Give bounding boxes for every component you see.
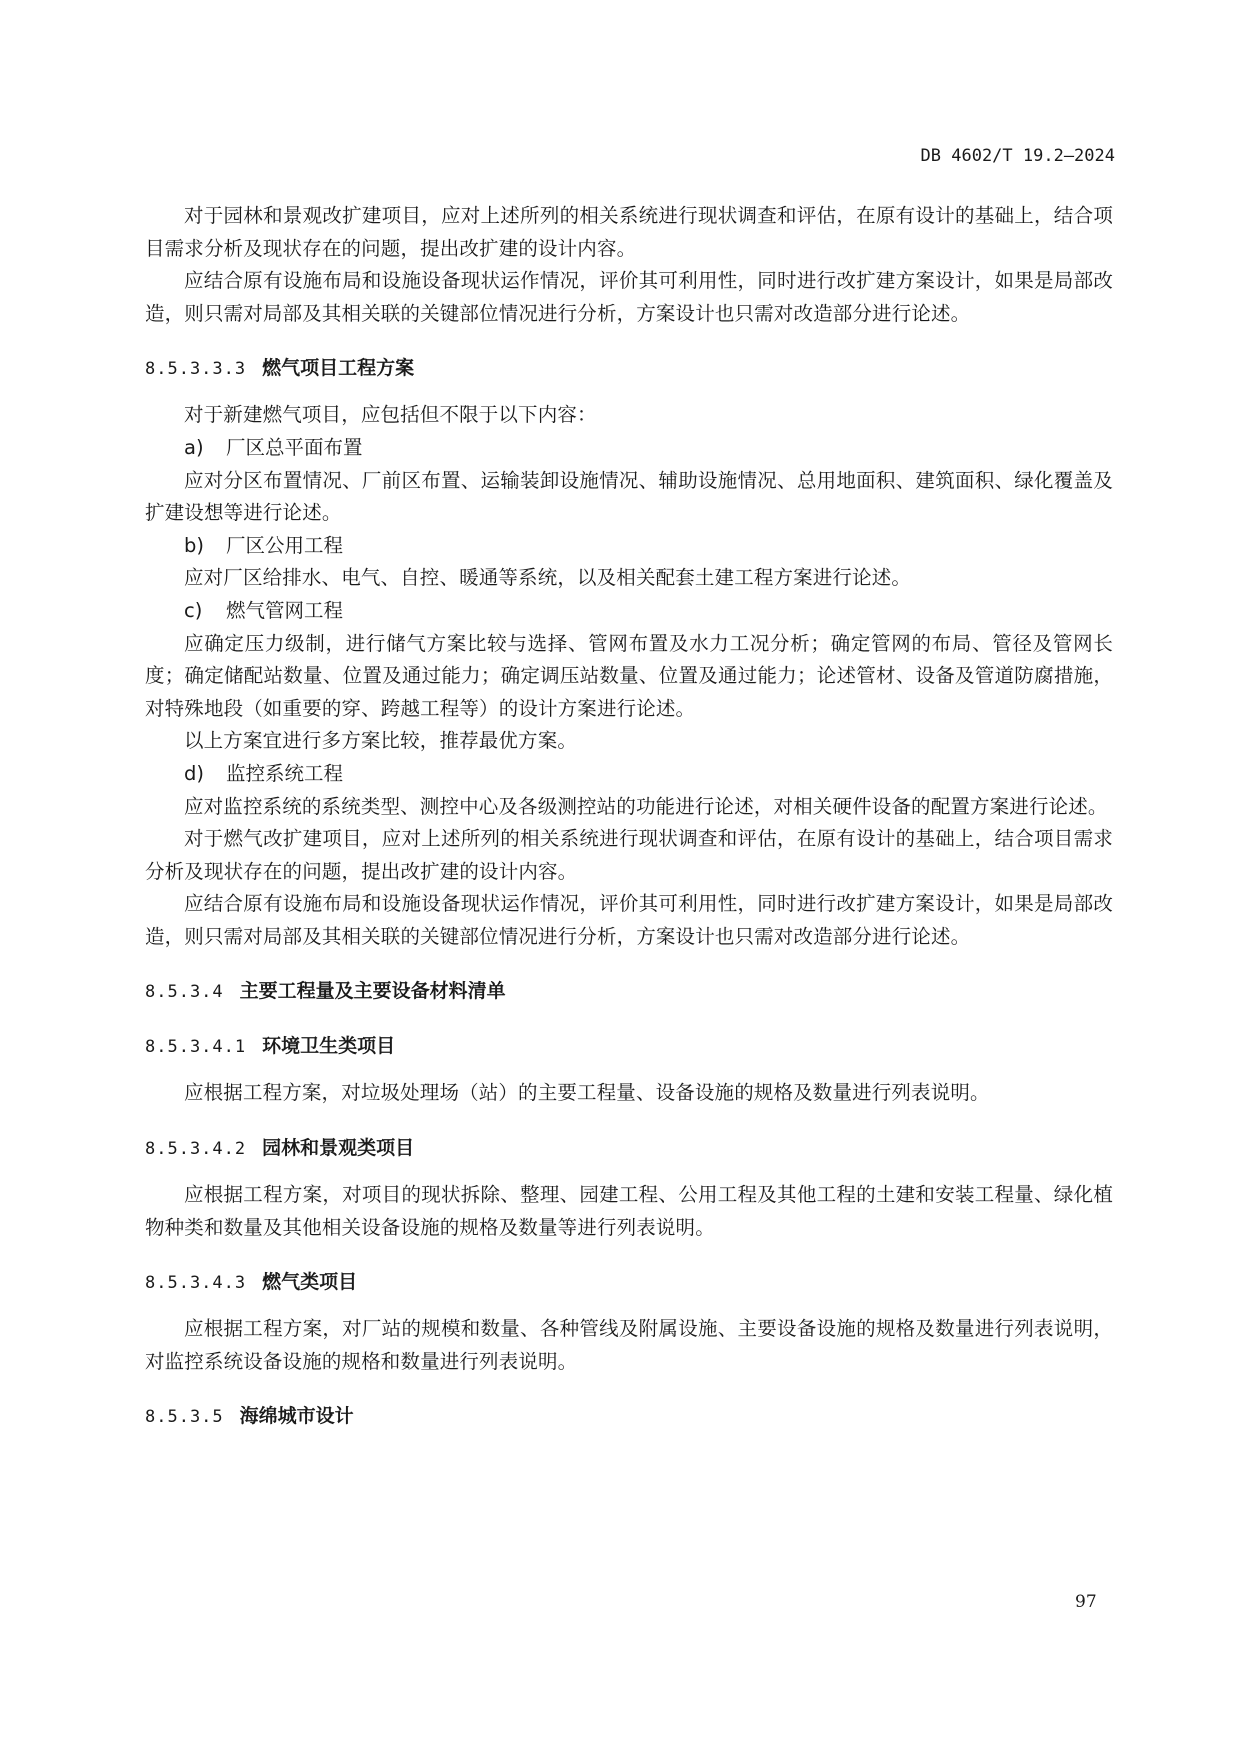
section-number: 8.5.3.3.3 (145, 353, 246, 385)
list-marker: b) (184, 530, 226, 563)
paragraph: 对于燃气改扩建项目，应对上述所列的相关系统进行现状调查和评估，在原有设计的基础上… (145, 823, 1113, 888)
paragraph: 应根据工程方案，对垃圾处理场（站）的主要工程量、设备设施的规格及数量进行列表说明… (145, 1077, 1113, 1110)
list-item-text: 监控系统工程 (226, 762, 343, 785)
list-item-text: 燃气管网工程 (226, 599, 343, 622)
section-heading: 8.5.3.4主要工程量及主要设备材料清单 (145, 975, 1113, 1008)
document-body: 对于园林和景观改扩建项目，应对上述所列的相关系统进行现状调查和评估，在原有设计的… (145, 200, 1113, 1447)
list-item: c)燃气管网工程 (145, 595, 1113, 628)
paragraph: 应对分区布置情况、厂前区布置、运输装卸设施情况、辅助设施情况、总用地面积、建筑面… (145, 465, 1113, 530)
section-heading: 8.5.3.4.3燃气类项目 (145, 1266, 1113, 1299)
section-title: 环境卫生类项目 (262, 1035, 395, 1057)
section-number: 8.5.3.4.1 (145, 1031, 246, 1063)
section-heading: 8.5.3.5海绵城市设计 (145, 1400, 1113, 1433)
paragraph: 应根据工程方案，对厂站的规模和数量、各种管线及附属设施、主要设备设施的规格及数量… (145, 1313, 1113, 1378)
list-item-text: 厂区公用工程 (226, 534, 343, 557)
section-number: 8.5.3.4.2 (145, 1133, 246, 1165)
section-heading: 8.5.3.4.1环境卫生类项目 (145, 1030, 1113, 1063)
section-title: 海绵城市设计 (240, 1405, 354, 1427)
list-item: a)厂区总平面布置 (145, 432, 1113, 465)
list-item: d)监控系统工程 (145, 758, 1113, 791)
section-title: 主要工程量及主要设备材料清单 (240, 980, 506, 1002)
list-marker: d) (184, 758, 226, 791)
list-marker: a) (184, 432, 226, 465)
paragraph: 应对监控系统的系统类型、测控中心及各级测控站的功能进行论述，对相关硬件设备的配置… (145, 791, 1113, 824)
paragraph: 应结合原有设施布局和设施设备现状运作情况，评价其可利用性，同时进行改扩建方案设计… (145, 265, 1113, 330)
section-title: 燃气类项目 (262, 1271, 357, 1293)
section-heading: 8.5.3.4.2园林和景观类项目 (145, 1132, 1113, 1165)
list-item: b)厂区公用工程 (145, 530, 1113, 563)
list-item-text: 厂区总平面布置 (226, 436, 363, 459)
section-title: 燃气项目工程方案 (262, 357, 414, 379)
page-number: 97 (1075, 1592, 1097, 1612)
paragraph: 以上方案宜进行多方案比较，推荐最优方案。 (145, 725, 1113, 758)
section-number: 8.5.3.4.3 (145, 1267, 246, 1299)
section-title: 园林和景观类项目 (262, 1137, 414, 1159)
section-number: 8.5.3.4 (145, 976, 224, 1008)
document-id-header: DB 4602/T 19.2—2024 (921, 146, 1115, 166)
paragraph: 对于园林和景观改扩建项目，应对上述所列的相关系统进行现状调查和评估，在原有设计的… (145, 200, 1113, 265)
list-marker: c) (184, 595, 226, 628)
paragraph: 应确定压力级制，进行储气方案比较与选择、管网布置及水力工况分析；确定管网的布局、… (145, 628, 1113, 726)
section-number: 8.5.3.5 (145, 1401, 224, 1433)
paragraph: 应对厂区给排水、电气、自控、暖通等系统，以及相关配套土建工程方案进行论述。 (145, 562, 1113, 595)
paragraph: 应根据工程方案，对项目的现状拆除、整理、园建工程、公用工程及其他工程的土建和安装… (145, 1179, 1113, 1244)
paragraph: 应结合原有设施布局和设施设备现状运作情况，评价其可利用性，同时进行改扩建方案设计… (145, 888, 1113, 953)
paragraph: 对于新建燃气项目，应包括但不限于以下内容： (145, 399, 1113, 432)
section-heading: 8.5.3.3.3燃气项目工程方案 (145, 352, 1113, 385)
